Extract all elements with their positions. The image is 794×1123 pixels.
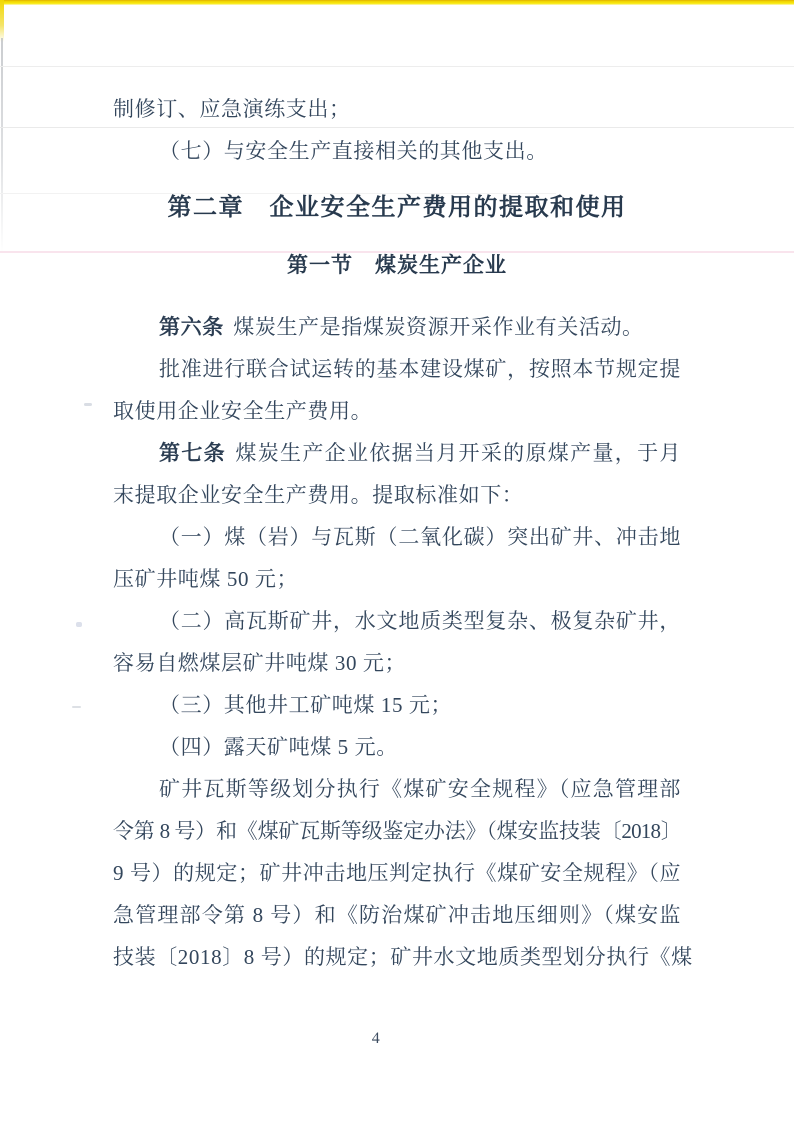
text-line: 技装〔2018〕8 号）的规定；矿井水文地质类型划分执行《煤 bbox=[113, 936, 681, 978]
text-line: （一）煤（岩）与瓦斯（二氧化碳）突出矿井、冲击地 bbox=[113, 516, 681, 558]
chapter-heading: 第二章 企业安全生产费用的提取和使用 bbox=[113, 180, 681, 236]
line-text: 取使用企业安全生产费用。 bbox=[113, 399, 372, 423]
text-line: 压矿井吨煤 50 元； bbox=[113, 558, 681, 600]
line-text: 煤炭生产企业依据当月开采的原煤产量，于月 bbox=[235, 441, 681, 465]
text-line: 第六条煤炭生产是指煤炭资源开采作业有关活动。 bbox=[113, 306, 681, 348]
text-line: 急管理部令第 8 号）和《防治煤矿冲击地压细则》（煤安监 bbox=[113, 894, 681, 936]
scan-artifact-line bbox=[0, 66, 794, 67]
text-line: 末提取企业安全生产费用。提取标准如下： bbox=[113, 474, 681, 516]
document-text-column: 制修订、应急演练支出； （七）与安全生产直接相关的其他支出。 第二章 企业安全生… bbox=[113, 88, 681, 978]
scan-left-gray-edge bbox=[1, 38, 3, 253]
text-line: （三）其他井工矿吨煤 15 元； bbox=[113, 684, 681, 726]
line-text: （四）露天矿吨煤 5 元。 bbox=[159, 735, 398, 759]
line-text: 技装〔2018〕8 号）的规定；矿井水文地质类型划分执行《煤 bbox=[113, 945, 693, 969]
text-line: 令第 8 号）和《煤矿瓦斯等级鉴定办法》（煤安监技装〔2018〕 bbox=[113, 810, 681, 852]
line-text: 9 号）的规定；矿井冲击地压判定执行《煤矿安全规程》（应 bbox=[113, 861, 681, 885]
line-text: （一）煤（岩）与瓦斯（二氧化碳）突出矿井、冲击地 bbox=[159, 525, 681, 549]
scan-left-yellow-edge bbox=[0, 0, 4, 42]
text-line: （二）高瓦斯矿井，水文地质类型复杂、极复杂矿井， bbox=[113, 600, 681, 642]
article-number: 第六条 bbox=[159, 315, 224, 339]
section-heading: 第一节 煤炭生产企业 bbox=[113, 244, 681, 286]
line-text: 制修订、应急演练支出； bbox=[113, 97, 351, 121]
line-text: （二）高瓦斯矿井，水文地质类型复杂、极复杂矿井， bbox=[159, 609, 681, 633]
text-line: 第七条煤炭生产企业依据当月开采的原煤产量，于月 bbox=[113, 432, 681, 474]
line-text: 末提取企业安全生产费用。提取标准如下： bbox=[113, 483, 523, 507]
scan-speck bbox=[84, 403, 92, 406]
article-number: 第七条 bbox=[159, 441, 226, 465]
line-text: 矿井瓦斯等级划分执行《煤矿安全规程》（应急管理部 bbox=[159, 777, 681, 801]
line-text: 急管理部令第 8 号）和《防治煤矿冲击地压细则》（煤安监 bbox=[113, 903, 681, 927]
text-line: 制修订、应急演练支出； bbox=[113, 88, 681, 130]
text-line: 矿井瓦斯等级划分执行《煤矿安全规程》（应急管理部 bbox=[113, 768, 681, 810]
scan-top-yellow-border bbox=[0, 0, 794, 5]
text-line: （四）露天矿吨煤 5 元。 bbox=[113, 726, 681, 768]
line-text: 批准进行联合试运转的基本建设煤矿，按照本节规定提 bbox=[159, 357, 681, 381]
text-line: 9 号）的规定；矿井冲击地压判定执行《煤矿安全规程》（应 bbox=[113, 852, 681, 894]
line-text: 令第 8 号）和《煤矿瓦斯等级鉴定办法》（煤安监技装〔2018〕 bbox=[113, 819, 681, 843]
line-text: 煤炭生产是指煤炭资源开采作业有关活动。 bbox=[233, 315, 643, 339]
text-line: 容易自燃煤层矿井吨煤 30 元； bbox=[113, 642, 681, 684]
line-text: （七）与安全生产直接相关的其他支出。 bbox=[159, 139, 548, 163]
scan-speck bbox=[72, 706, 81, 708]
line-text: 压矿井吨煤 50 元； bbox=[113, 567, 298, 591]
document-page: 制修订、应急演练支出； （七）与安全生产直接相关的其他支出。 第二章 企业安全生… bbox=[0, 0, 794, 1123]
text-line: 取使用企业安全生产费用。 bbox=[113, 390, 681, 432]
text-line: （七）与安全生产直接相关的其他支出。 bbox=[113, 130, 681, 172]
line-text: （三）其他井工矿吨煤 15 元； bbox=[159, 693, 452, 717]
page-number: 4 bbox=[0, 1026, 752, 1052]
text-line: 批准进行联合试运转的基本建设煤矿，按照本节规定提 bbox=[113, 348, 681, 390]
scan-speck bbox=[76, 622, 82, 627]
line-text: 容易自燃煤层矿井吨煤 30 元； bbox=[113, 651, 406, 675]
